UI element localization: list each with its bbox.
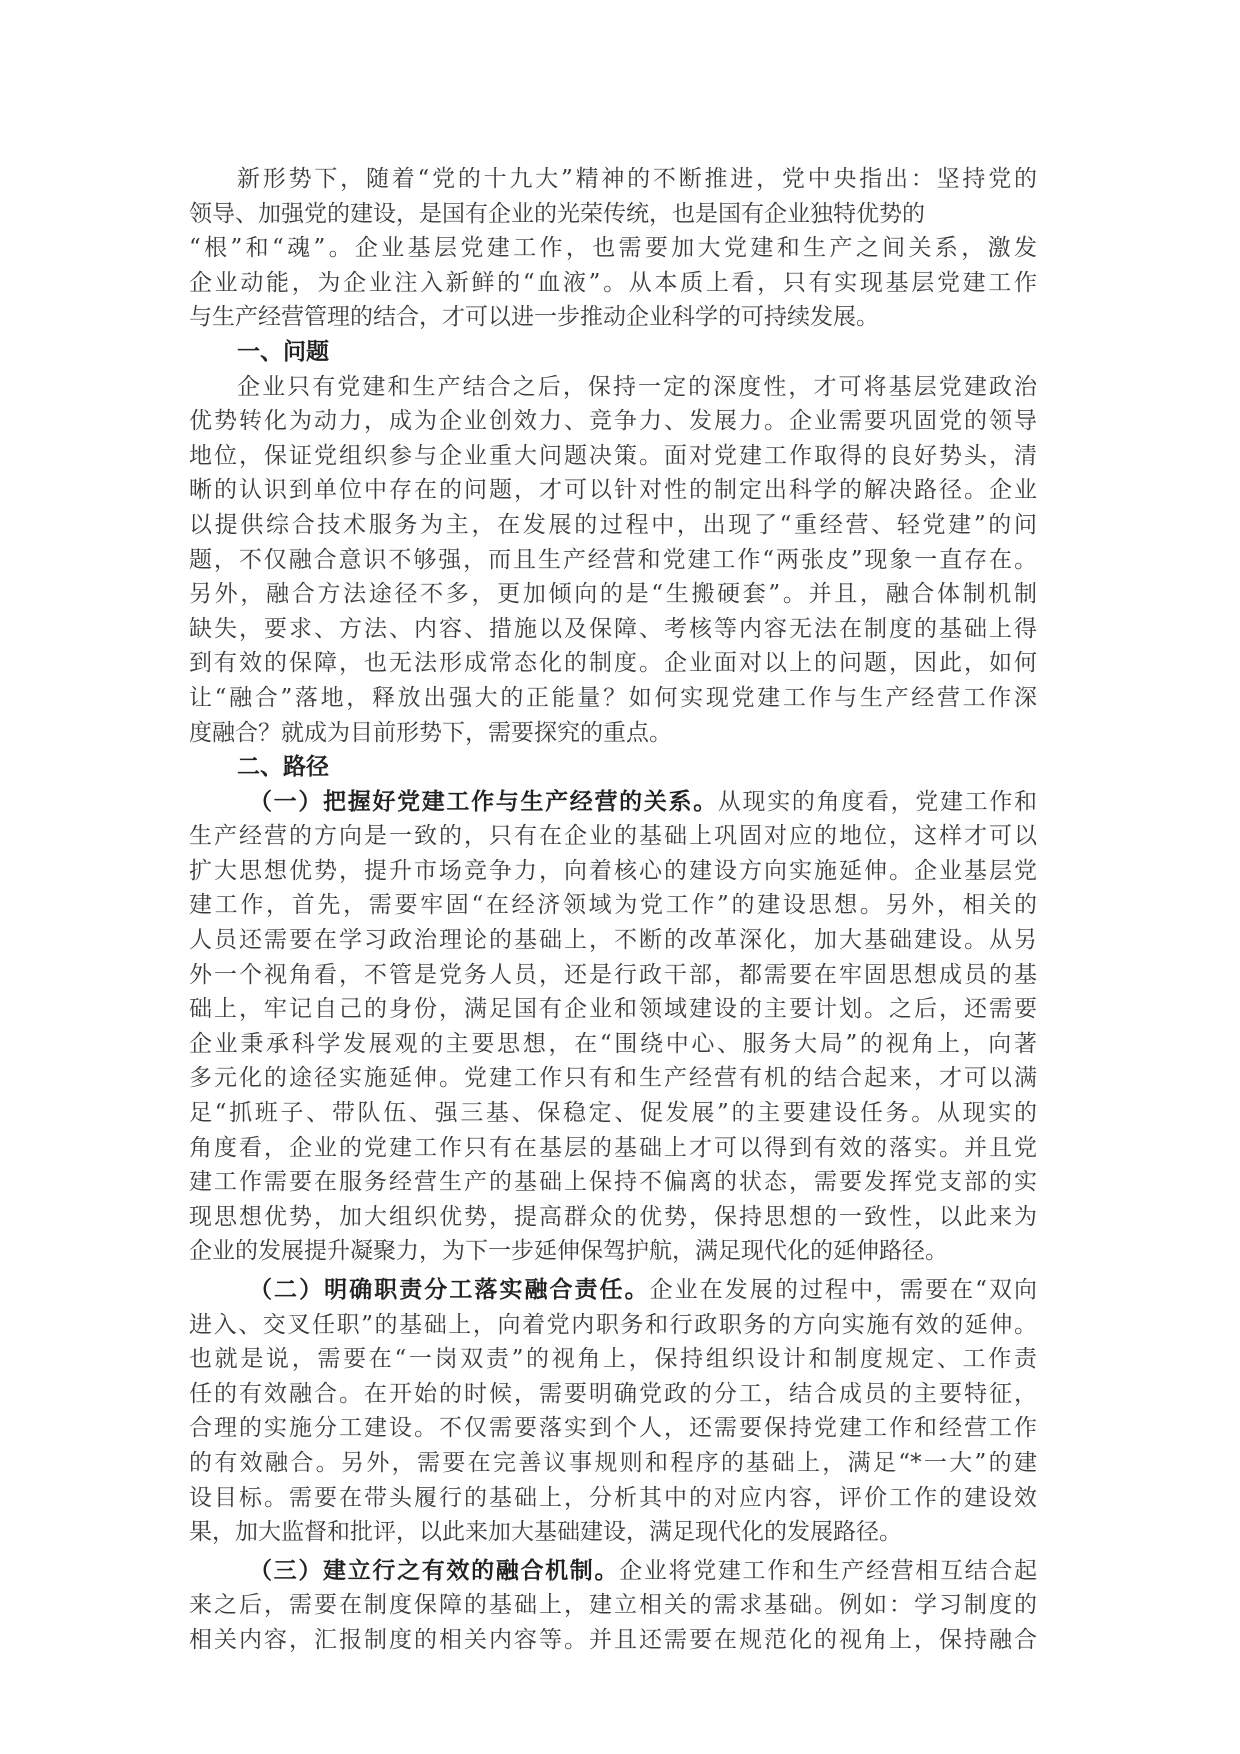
text-line: 进入、交叉任职”的基础上，向着党内职务和行政职务的方向实施有效的延伸。 [189, 1308, 1037, 1343]
text-line: 题，不仅融合意识不够强，而且生产经营和党建工作“两张皮”现象一直存在。 [189, 543, 1037, 578]
document-page: 新形势下，随着“党的十九大”精神的不断推进，党中央指出：坚持党的 领导、加强党的… [189, 162, 1037, 1658]
section-heading-paths: 二、路径 [189, 750, 1037, 785]
text-line: 扩大思想优势，提升市场竞争力，向着核心的建设方向实施延伸。企业基层党 [189, 854, 1037, 889]
text-line: 优势转化为动力，成为企业创效力、竞争力、发展力。企业需要巩固党的领导 [189, 404, 1037, 439]
text-span: 企业将党建工作和生产经营相互结合起 [619, 1558, 1037, 1584]
text-line: 多元化的途径实施延伸。党建工作只有和生产经营有机的结合起来，才可以满 [189, 1061, 1037, 1096]
text-line: 另外，融合方法途径不多，更加倾向的是“生搬硬套”。并且，融合体制机制 [189, 577, 1037, 612]
text-line: 外一个视角看，不管是党务人员，还是行政干部，都需要在牢固思想成员的基 [189, 958, 1037, 993]
text-line: 企业动能，为企业注入新鲜的“血液”。从本质上看，只有实现基层党建工作 [189, 266, 1037, 301]
text-line: 企业只有党建和生产结合之后，保持一定的深度性，才可将基层党建政治 [189, 370, 1037, 405]
subsection-title: （二）明确职责分工落实融合责任。 [249, 1276, 650, 1303]
text-line: 设目标。需要在带头履行的基础上，分析其中的对应内容，评价工作的建设效 [189, 1481, 1037, 1516]
text-line: 领导、加强党的建设，是国有企业的光荣传统，也是国有企业独特优势的 [189, 197, 1037, 232]
text-line: 让“融合”落地，释放出强大的正能量？如何实现党建工作与生产经营工作深 [189, 681, 1037, 716]
text-line: （二）明确职责分工落实融合责任。企业在发展的过程中，需要在“双向 [189, 1273, 1037, 1308]
text-line: 企业秉承科学发展观的主要思想，在“围绕中心、服务大局”的视角上，向著 [189, 1027, 1037, 1062]
subsection-2: （二）明确职责分工落实融合责任。企业在发展的过程中，需要在“双向 进入、交叉任职… [189, 1273, 1037, 1550]
text-line: 相关内容，汇报制度的相关内容等。并且还需要在规范化的视角上，保持融合 [189, 1623, 1037, 1658]
text-line: 合理的实施分工建设。不仅需要落实到个人，还需要保持党建工作和经营工作 [189, 1411, 1037, 1446]
text-line: 建工作，首先，需要牢固“在经济领域为党工作”的建设思想。另外，相关的 [189, 888, 1037, 923]
text-line: 的有效融合。另外，需要在完善议事规则和程序的基础上，满足“*一大”的建 [189, 1446, 1037, 1481]
text-line: 地位，保证党组织参与企业重大问题决策。面对党建工作取得的良好势头，清 [189, 439, 1037, 474]
text-span: 从现实的角度看，党建工作和 [718, 789, 1037, 815]
text-line: 企业的发展提升凝聚力，为下一步延伸保驾护航，满足现代化的延伸路径。 [189, 1234, 1037, 1269]
intro-paragraph: 新形势下，随着“党的十九大”精神的不断推进，党中央指出：坚持党的 领导、加强党的… [189, 162, 1037, 335]
section1-paragraph: 企业只有党建和生产结合之后，保持一定的深度性，才可将基层党建政治 优势转化为动力… [189, 370, 1037, 751]
text-line: （三）建立行之有效的融合机制。企业将党建工作和生产经营相互结合起 [189, 1554, 1037, 1589]
text-line: 人员还需要在学习政治理论的基础上，不断的改革深化，加大基础建设。从另 [189, 923, 1037, 958]
text-line: 以提供综合技术服务为主，在发展的过程中，出现了“重经营、轻党建”的问 [189, 508, 1037, 543]
subsection-title: （三）建立行之有效的融合机制。 [249, 1557, 619, 1584]
subsection-3: （三）建立行之有效的融合机制。企业将党建工作和生产经营相互结合起 来之后，需要在… [189, 1554, 1037, 1658]
text-line: 础上，牢记自己的身份，满足国有企业和领域建设的主要计划。之后，还需要 [189, 992, 1037, 1027]
text-line: 果，加大监督和批评，以此来加大基础建设，满足现代化的发展路径。 [189, 1515, 1037, 1550]
text-line: （一）把握好党建工作与生产经营的关系。从现实的角度看，党建工作和 [189, 785, 1037, 820]
text-line: 足“抓班子、带队伍、强三基、保稳定、促发展”的主要建设任务。从现实的 [189, 1096, 1037, 1131]
text-span: 企业在发展的过程中，需要在“双向 [650, 1277, 1037, 1303]
text-line: 也就是说，需要在“一岗双责”的视角上，保持组织设计和制度规定、工作责 [189, 1342, 1037, 1377]
text-line: 角度看，企业的党建工作只有在基层的基础上才可以得到有效的落实。并且党 [189, 1131, 1037, 1166]
text-line: 生产经营的方向是一致的，只有在企业的基础上巩固对应的地位，这样才可以 [189, 819, 1037, 854]
text-line: 到有效的保障，也无法形成常态化的制度。企业面对以上的问题，因此，如何 [189, 646, 1037, 681]
text-line: 晰的认识到单位中存在的问题，才可以针对性的制定出科学的解决路径。企业 [189, 473, 1037, 508]
section-heading-problems: 一、问题 [189, 335, 1037, 370]
text-line: 任的有效融合。在开始的时候，需要明确党政的分工，结合成员的主要特征， [189, 1377, 1037, 1412]
subsection-1: （一）把握好党建工作与生产经营的关系。从现实的角度看，党建工作和 生产经营的方向… [189, 785, 1037, 1269]
text-line: 现思想优势，加大组织优势，提高群众的优势，保持思想的一致性，以此来为 [189, 1200, 1037, 1235]
text-line: 来之后，需要在制度保障的基础上，建立相关的需求基础。例如：学习制度的 [189, 1588, 1037, 1623]
text-line: 缺失，要求、方法、内容、措施以及保障、考核等内容无法在制度的基础上得 [189, 612, 1037, 647]
subsection-title: （一）把握好党建工作与生产经营的关系。 [249, 788, 718, 815]
text-line: “根”和“魂”。企业基层党建工作，也需要加大党建和生产之间关系，激发 [189, 231, 1037, 266]
text-line: 新形势下，随着“党的十九大”精神的不断推进，党中央指出：坚持党的 [189, 162, 1037, 197]
text-line: 与生产经营管理的结合，才可以进一步推动企业科学的可持续发展。 [189, 300, 1037, 335]
text-line: 建工作需要在服务经营生产的基础上保持不偏离的状态，需要发挥党支部的实 [189, 1165, 1037, 1200]
text-line: 度融合？就成为目前形势下，需要探究的重点。 [189, 716, 1037, 751]
